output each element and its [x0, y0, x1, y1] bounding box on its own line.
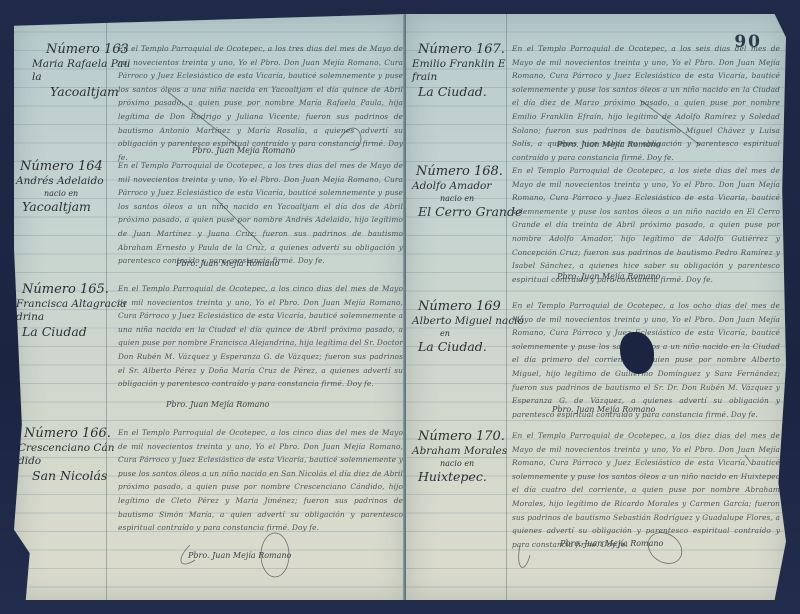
register-entry-170: Número 170. Abraham Morales nacio en Hui…	[412, 429, 784, 569]
birthplace: La Ciudad.	[412, 84, 506, 100]
birthplace: Huixtepec.	[412, 469, 507, 485]
child-name-continued: frain	[412, 71, 506, 84]
child-name-continued: dido	[18, 455, 115, 468]
entry-number: Número 169	[412, 299, 524, 315]
child-name: Maria Rafaela Pau	[32, 58, 130, 71]
priest-signature: Pbro. Juan Mejía Romano	[192, 146, 295, 155]
entry-number: Número 166.	[18, 426, 115, 442]
entry-text: En el Templo Parroquial de Ocotepec, a l…	[118, 282, 403, 391]
entry-heading: Número 164 Andrés Adelaido nacio en Yaco…	[16, 159, 104, 215]
register-entry-166: Número 166. Crescenciano Cán dido San Ni…	[18, 426, 404, 566]
entry-text: En el Templo Parroquial de Ocotepec, a l…	[512, 429, 780, 551]
register-entry-164: Número 164 Andrés Adelaido nacio en Yaco…	[16, 159, 404, 279]
register-entry-168: Número 168. Adolfo Amador nacio en El Ce…	[412, 164, 784, 284]
entry-number: Número 163	[32, 42, 130, 58]
priest-signature: Pbro. Juan Mejía Romano	[557, 140, 660, 149]
child-name: Crescenciano Cán	[18, 442, 115, 455]
priest-signature: Pbro. Juan Mejía Romano	[176, 259, 279, 268]
register-entry-163: Número 163 Maria Rafaela Pau la Yacoaltj…	[32, 42, 404, 162]
entry-heading: Número 165. Francisca Altagracia drina L…	[16, 282, 126, 340]
birthplace: San Nicolás	[18, 468, 115, 484]
entry-heading: Número 166. Crescenciano Cán dido San Ni…	[18, 426, 115, 484]
child-name: Adolfo Amador	[412, 180, 522, 193]
birthplace: El Cerro Grande	[412, 204, 522, 220]
register-entry-167: Número 167. Emilio Franklin E frain La C…	[412, 42, 784, 162]
native-of-label: nacio en	[412, 458, 507, 469]
child-name: Alberto Miguel nació	[412, 315, 524, 328]
entry-heading: Número 170. Abraham Morales nacio en Hui…	[412, 429, 507, 485]
entry-heading: Número 168. Adolfo Amador nacio en El Ce…	[412, 164, 522, 220]
entry-number: Número 165.	[16, 282, 126, 298]
native-of-label: en	[412, 328, 524, 339]
priest-signature: Pbro. Juan Mejía Romano	[188, 551, 291, 560]
entry-heading: Número 163 Maria Rafaela Pau la Yacoaltj…	[32, 42, 130, 100]
native-of-label: nacio en	[412, 193, 522, 204]
child-name-continued: la	[32, 71, 130, 84]
entry-number: Número 164	[16, 159, 104, 175]
birthplace: Yacoaltjam	[32, 84, 130, 100]
birthplace: La Ciudad	[16, 324, 126, 340]
entry-number: Número 170.	[412, 429, 507, 445]
entry-heading: Número 169 Alberto Miguel nació en La Ci…	[412, 299, 524, 355]
priest-signature: Pbro. Juan Mejía Romano	[557, 272, 660, 281]
birthplace: Yacoaltjam	[16, 199, 104, 215]
entry-text: En el Templo Parroquial de Ocotepec, a l…	[118, 426, 403, 535]
priest-signature: Pbro. Juan Mejía Romano	[552, 405, 655, 414]
child-name: Abraham Morales	[412, 445, 507, 458]
child-name: Francisca Altagracia	[16, 298, 126, 311]
register-entry-169: Número 169 Alberto Miguel nació en La Ci…	[412, 299, 784, 424]
priest-signature: Pbro. Juan Mejía Romano	[560, 539, 663, 548]
child-name: Andrés Adelaido	[16, 175, 104, 188]
entry-text: En el Templo Parroquial de Ocotepec, a l…	[512, 164, 780, 286]
right-page: 90 Número 167. Emilio Franklin E frain L…	[406, 14, 786, 600]
entry-text: En el Templo Parroquial de Ocotepec, a l…	[118, 159, 403, 268]
child-name-continued: drina	[16, 311, 126, 324]
birthplace: La Ciudad.	[412, 339, 524, 355]
left-page: Número 163 Maria Rafaela Pau la Yacoaltj…	[14, 14, 406, 600]
entry-number: Número 168.	[412, 164, 522, 180]
entry-number: Número 167.	[412, 42, 506, 58]
priest-signature: Pbro. Juan Mejía Romano	[166, 400, 269, 409]
register-entry-165: Número 165. Francisca Altagracia drina L…	[16, 282, 404, 422]
child-name: Emilio Franklin E	[412, 58, 506, 71]
entry-heading: Número 167. Emilio Franklin E frain La C…	[412, 42, 506, 100]
native-of-label: nacio en	[16, 188, 104, 199]
